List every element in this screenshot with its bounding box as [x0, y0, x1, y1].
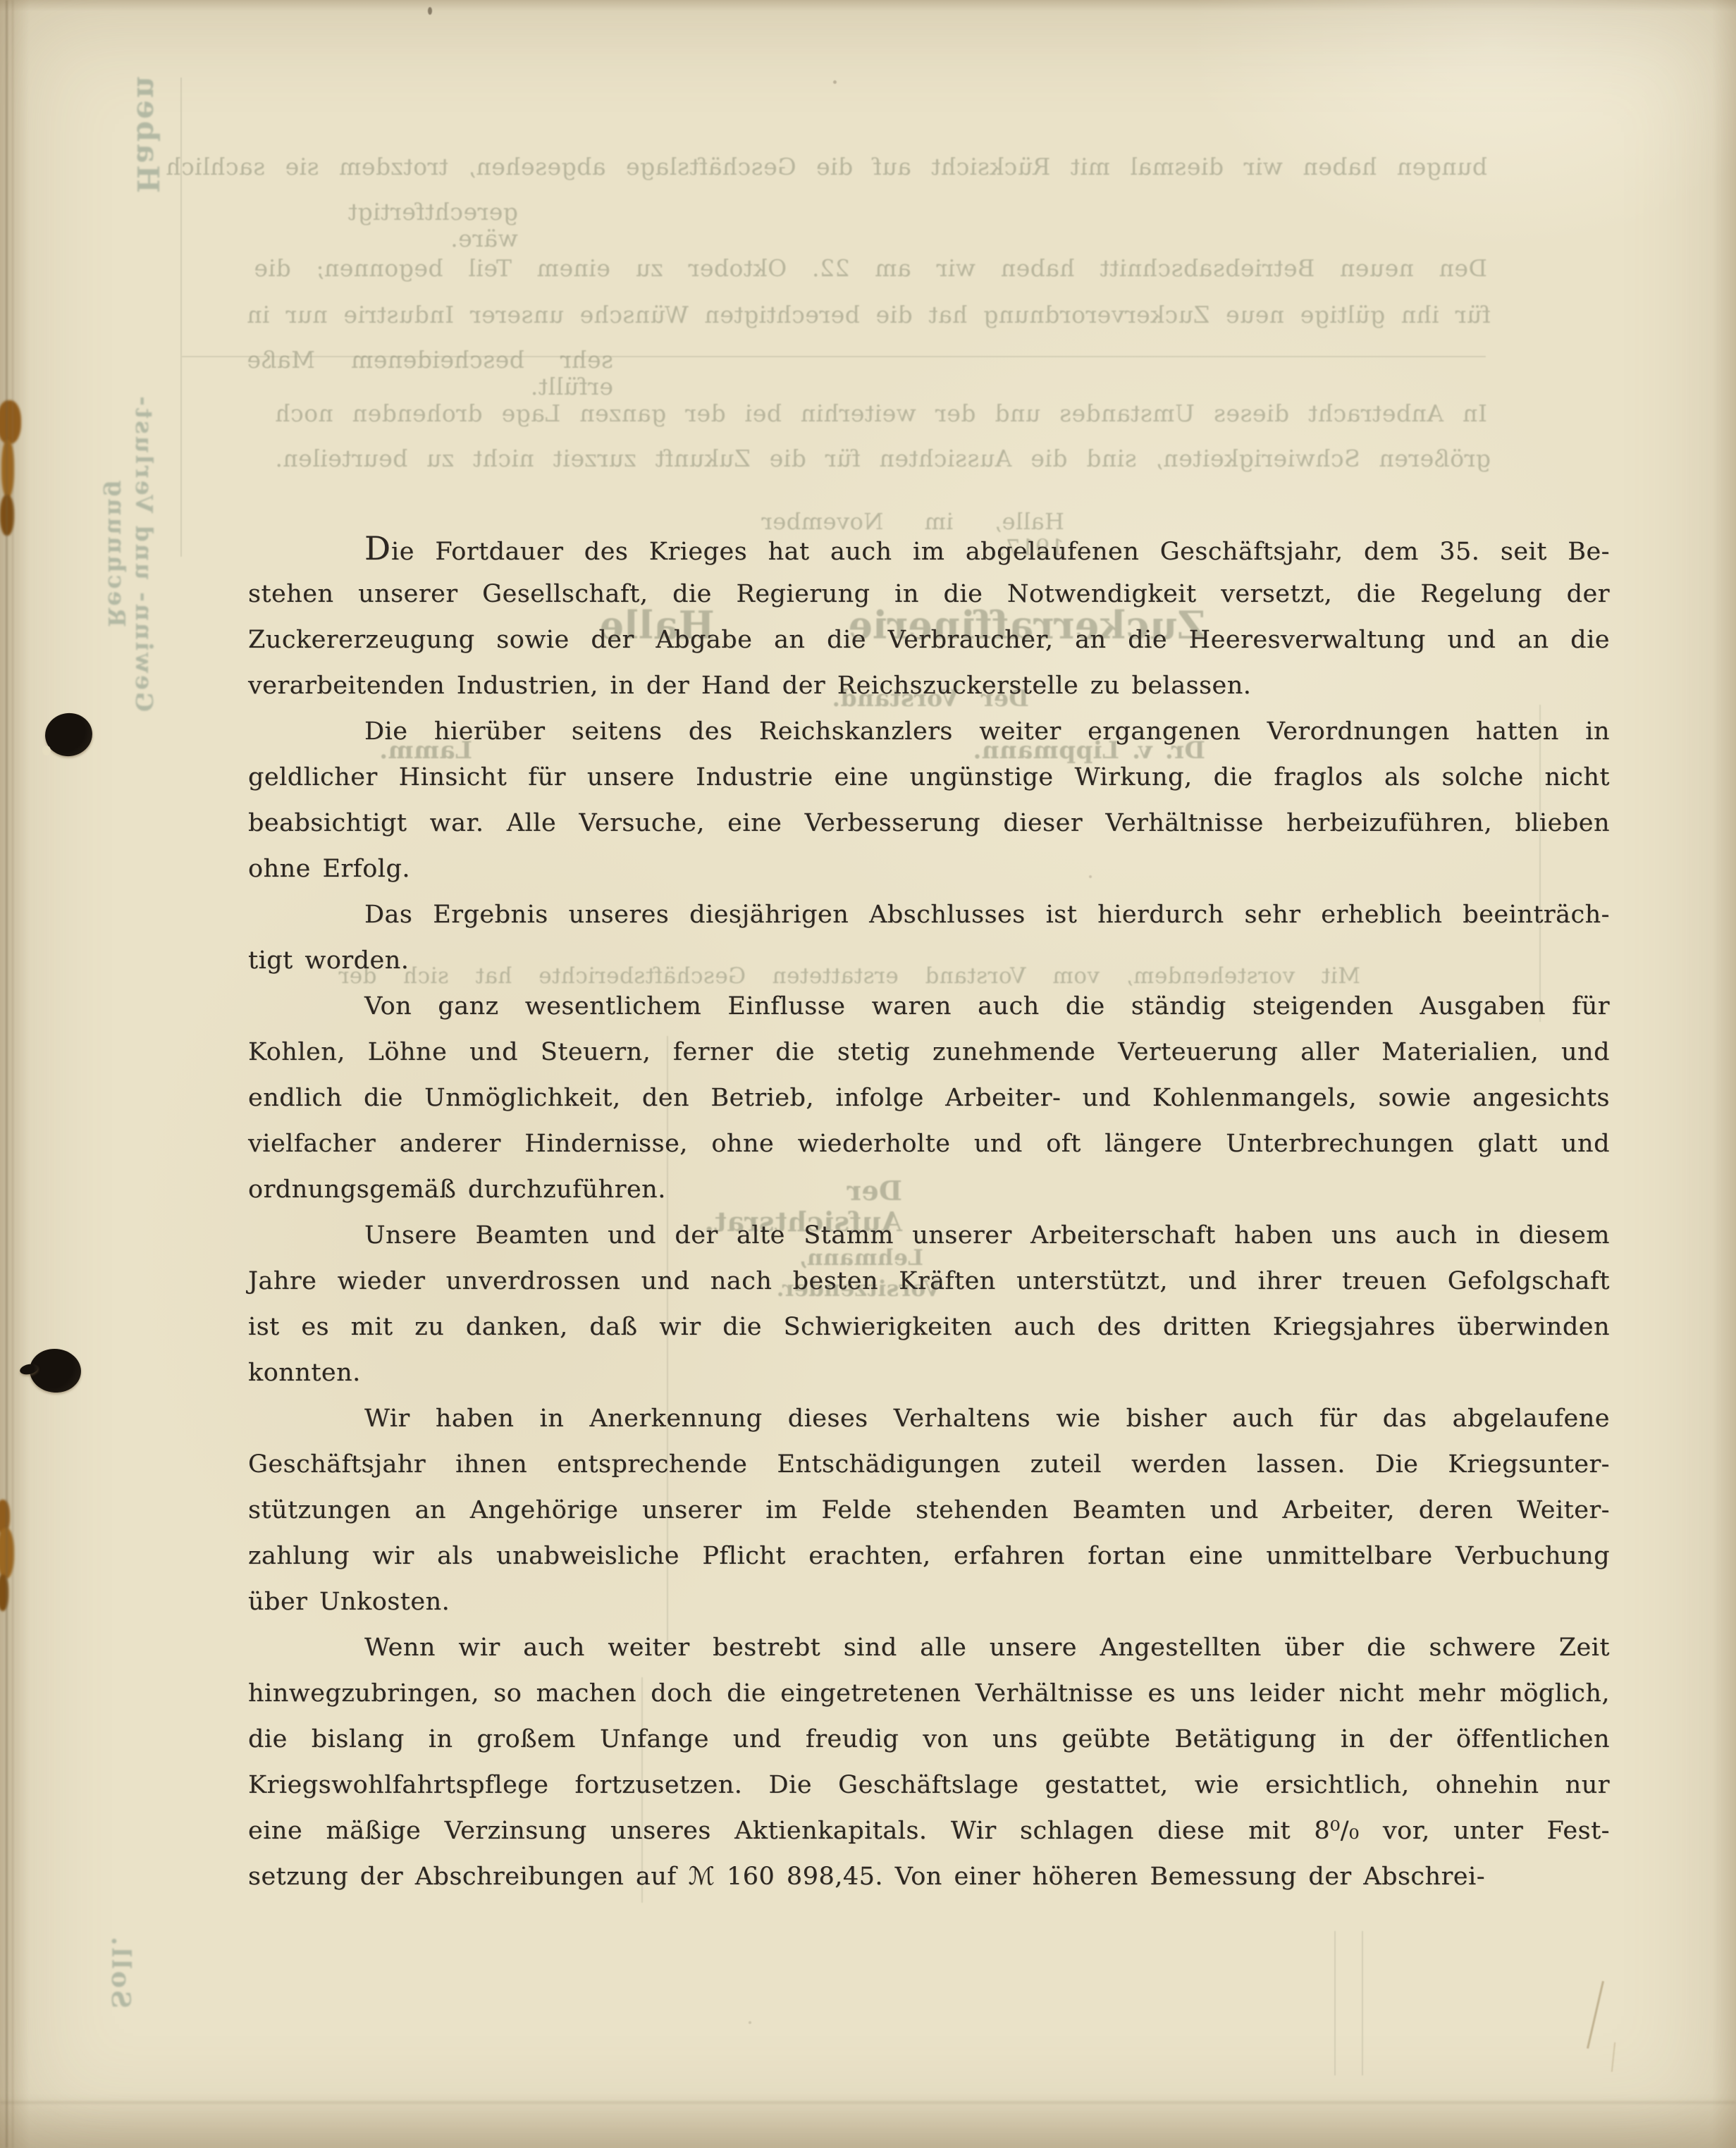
bleed-through-rule: [180, 78, 182, 557]
text-line: geldlicher Hinsicht für unsere Industrie…: [248, 755, 1610, 801]
text-line: Wir haben in Anerkennung dieses Verhalte…: [248, 1396, 1610, 1442]
text-line: endlich die Unmöglichkeit, den Betrieb, …: [248, 1075, 1610, 1121]
text-line: setzung der Abschreibungen auf ℳ 160 898…: [248, 1854, 1610, 1900]
bleed-through-text: gerechtfertigt wäre.: [296, 199, 518, 252]
left-edge-crease: [12, 0, 13, 2148]
text-line: zahlung wir als unabweisliche Pflicht er…: [248, 1533, 1610, 1579]
body-text: Die Fortdauer des Krieges hat auch im ab…: [248, 526, 1610, 1900]
bleed-through-text: bungen haben wir diesmal mit Rücksicht a…: [166, 154, 1487, 180]
scratch-mark: [1611, 2042, 1615, 2072]
text-line: Geschäftsjahr ihnen entsprechende Entsch…: [248, 1442, 1610, 1488]
bleed-through-rule: [182, 356, 1486, 357]
paragraph: Die hierüber seitens des Reichskanzlers …: [248, 709, 1610, 892]
text-line: tigt worden.: [248, 938, 1610, 984]
text-line: ordnungsgemäß durchzuführen.: [248, 1167, 1610, 1213]
text-line: Die Fortdauer des Krieges hat auch im ab…: [248, 526, 1610, 572]
rust-stain: [0, 400, 21, 444]
paragraph: Die Fortdauer des Krieges hat auch im ab…: [248, 526, 1610, 709]
text-line: über Unkosten.: [248, 1579, 1610, 1625]
text-line: Das Ergebnis unseres diesjährigen Abschl…: [248, 892, 1610, 938]
paper-speck: [1089, 875, 1092, 878]
bleed-through-text: sehr bescheidenem Maße erfüllt.: [247, 347, 613, 400]
paragraph: Unsere Beamten und der alte Stamm unsere…: [248, 1213, 1610, 1396]
text-line: vielfacher anderer Hindernisse, ohne wie…: [248, 1121, 1610, 1167]
text-line: stützungen an Angehörige unserer im Feld…: [248, 1488, 1610, 1533]
scanned-page: bungen haben wir diesmal mit Rücksicht a…: [0, 0, 1736, 2148]
bleed-through-vertical-text: Soll.: [106, 1938, 135, 2008]
bleed-through-text: größeren Schwierigkeiten, sind die Aussi…: [275, 445, 1491, 472]
bleed-through-text: Den neuen Betriebsabschnitt haben wir am…: [254, 255, 1487, 282]
text-line: ist es mit zu danken, daß wir die Schwie…: [248, 1304, 1610, 1350]
bleed-through-vertical-text: Haben: [130, 74, 165, 194]
bleed-through-vertical-text: Gewinn- und Verlust-Rechnung: [103, 389, 158, 717]
text-line: Die hierüber seitens des Reichskanzlers …: [248, 709, 1610, 755]
text-line: Kriegswohlfahrtspflege fortzusetzen. Die…: [248, 1763, 1610, 1808]
paper-speck: [428, 7, 432, 15]
text-line: hinwegzubringen, so machen doch die eing…: [248, 1671, 1610, 1717]
paragraph: Von ganz wesentlichem Einflusse waren au…: [248, 984, 1610, 1213]
text-line: stehen unserer Gesellschaft, die Regieru…: [248, 572, 1610, 617]
bleed-through-text: für ihn gültige neue Zuckerverordnung ha…: [247, 302, 1491, 328]
paragraph: Das Ergebnis unseres diesjährigen Abschl…: [248, 892, 1610, 984]
text-line: Unsere Beamten und der alte Stamm unsere…: [248, 1213, 1610, 1259]
text-line: ohne Erfolg.: [248, 846, 1610, 892]
text-line: Zuckererzeugung sowie der Abgabe an die …: [248, 617, 1610, 663]
text-line: Jahre wieder unverdrossen und nach beste…: [248, 1259, 1610, 1304]
text-line: Wenn wir auch weiter bestrebt sind alle …: [248, 1625, 1610, 1671]
scratch-mark: [1587, 1981, 1604, 2049]
left-edge-crease: [6, 0, 8, 2148]
paragraph: Wenn wir auch weiter bestrebt sind alle …: [248, 1625, 1610, 1900]
bottom-crease: [0, 2101, 1736, 2104]
text-line: konnten.: [248, 1350, 1610, 1396]
ink-blob-notch: [42, 746, 51, 755]
paper-speck: [749, 2021, 751, 2024]
paragraph: Wir haben in Anerkennung dieses Verhalte…: [248, 1396, 1610, 1625]
text-line: beabsichtigt war. Alle Versuche, eine Ve…: [248, 801, 1610, 846]
text-line: Kohlen, Löhne und Steuern, ferner die st…: [248, 1030, 1610, 1075]
paper-speck: [833, 80, 837, 84]
bleed-through-text: In Anbetracht dieses Umstandes und der w…: [275, 400, 1487, 427]
text-line: eine mäßige Verzinsung unseres Aktienkap…: [248, 1808, 1610, 1854]
text-line: die bislang in großem Unfange und freudi…: [248, 1717, 1610, 1763]
bleed-through-rule: [1334, 1931, 1336, 2075]
text-line: verarbeitenden Industrien, in der Hand d…: [248, 663, 1610, 709]
bleed-through-rule: [1362, 1931, 1363, 2075]
text-line: Von ganz wesentlichem Einflusse waren au…: [248, 984, 1610, 1030]
